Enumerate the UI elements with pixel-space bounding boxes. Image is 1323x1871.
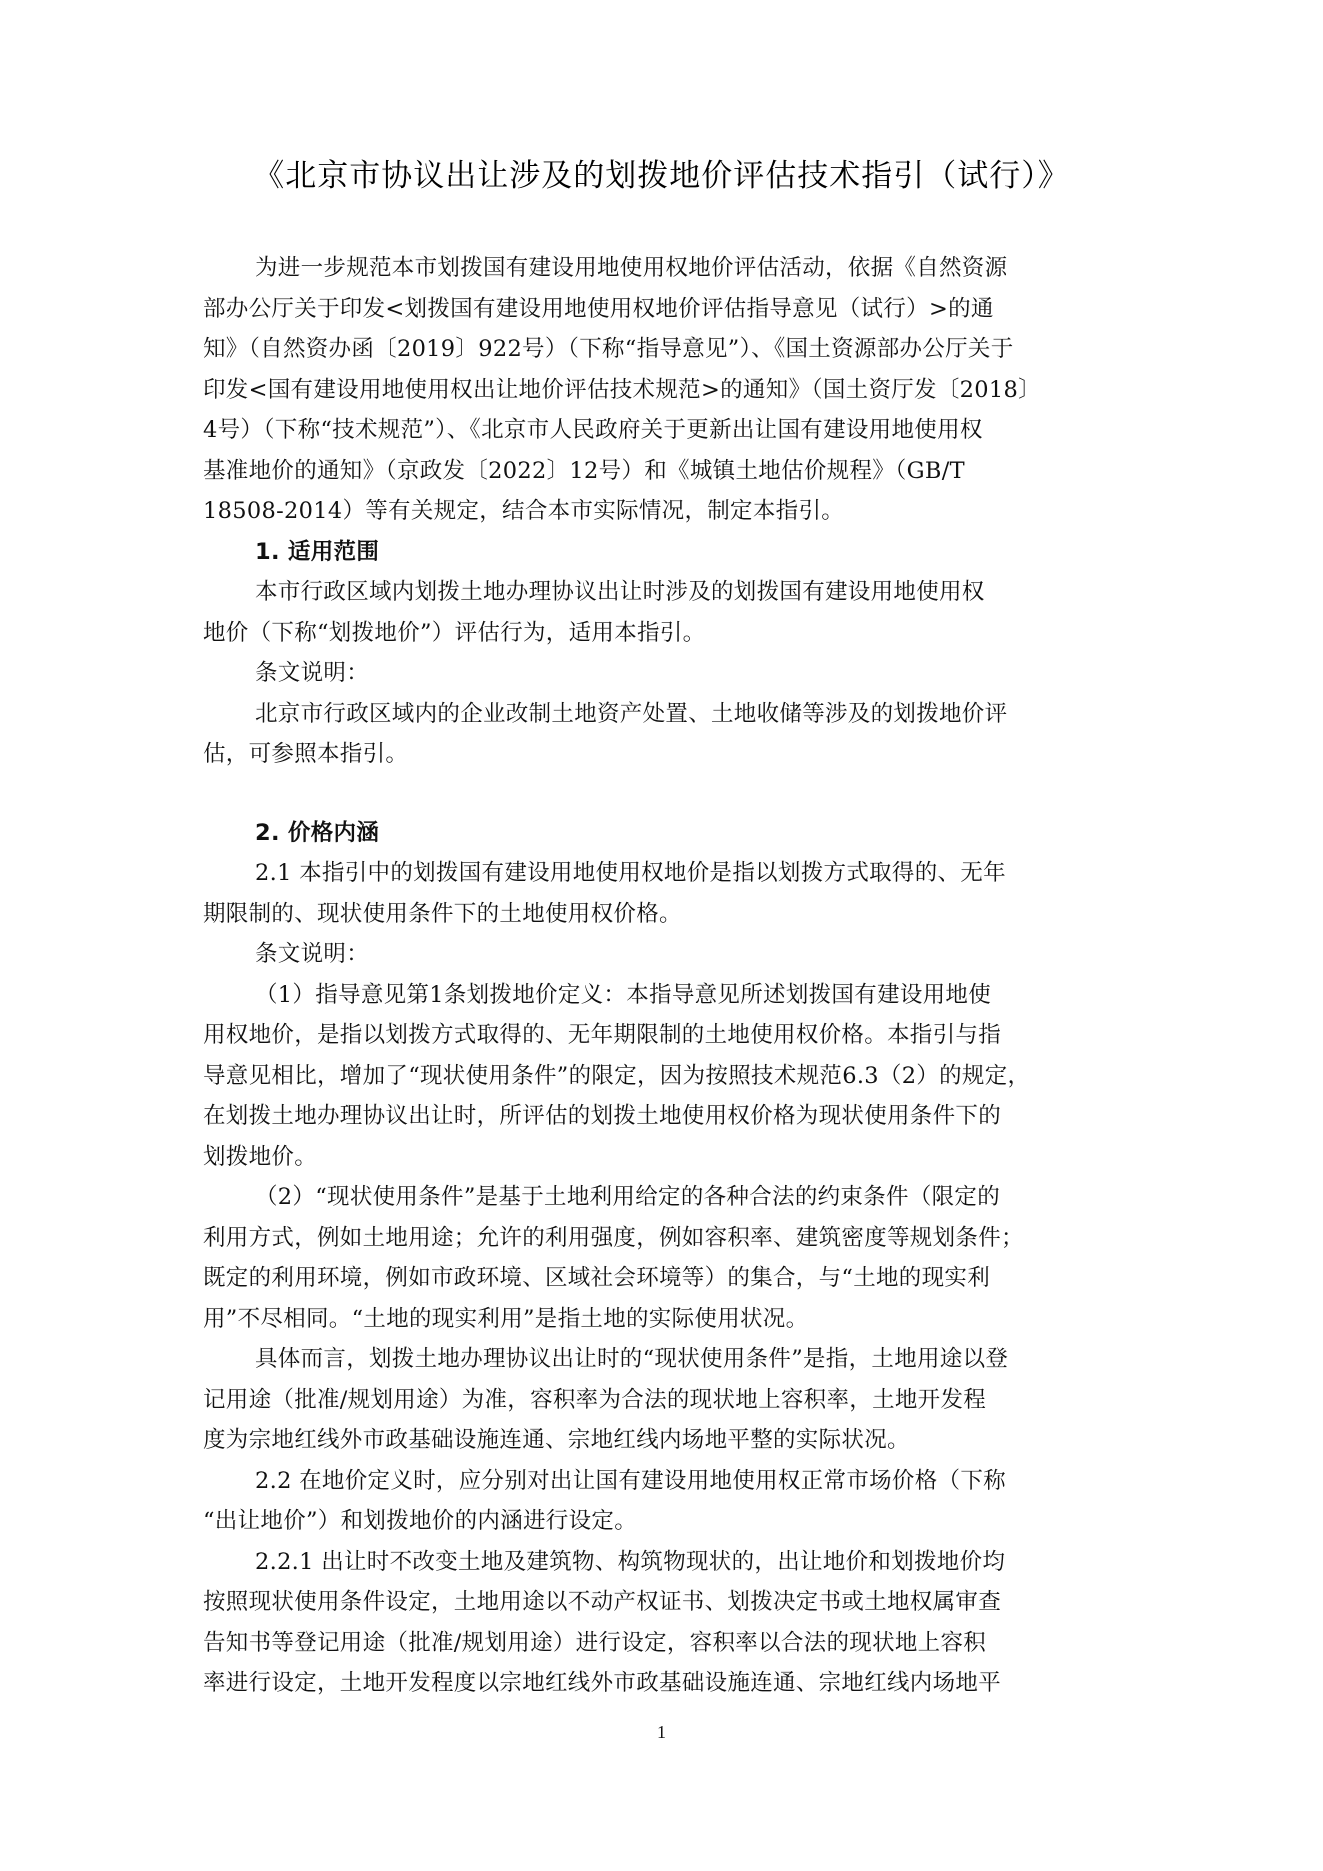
text-line: 为进一步规范本市划拨国有建设用地使用权地价评估活动，依据《自然资源 xyxy=(203,248,1133,289)
text-line: 期限制的、现状使用条件下的土地使用权价格。 xyxy=(203,894,1133,935)
text-line: 按照现状使用条件设定，土地用途以不动产权证书、划拨决定书或土地权属审查 xyxy=(203,1582,1133,1623)
text-line: 用”不尽相同。“土地的现实利用”是指土地的实际使用状况。 xyxy=(203,1299,1133,1340)
text-line: 印发<国有建设用地使用权出让地价评估技术规范>的通知》（国土资厅发〔2018〕 xyxy=(203,370,1133,411)
text-line: 导意见相比，增加了“现状使用条件”的限定，因为按照技术规范6.3（2）的规定， xyxy=(203,1056,1133,1097)
text-line: （2）“现状使用条件”是基于土地利用给定的各种合法的约束条件（限定的 xyxy=(203,1177,1133,1218)
text-line: 知》（自然资办函〔2019〕922号）（下称“指导意见”）、《国土资源部办公厅关… xyxy=(203,329,1133,370)
text-line: 告知书等登记用途（批准/规划用途）进行设定，容积率以合法的现状地上容积 xyxy=(203,1623,1133,1664)
text-line: 部办公厅关于印发<划拨国有建设用地使用权地价评估指导意见（试行）>的通 xyxy=(203,289,1133,330)
text-line: 划拨地价。 xyxy=(203,1137,1133,1178)
text-line: 2.1 本指引中的划拨国有建设用地使用权地价是指以划拨方式取得的、无年 xyxy=(203,853,1133,894)
text-line: 记用途（批准/规划用途）为准，容积率为合法的现状地上容积率，土地开发程 xyxy=(203,1380,1133,1421)
text-line: 2.2.1 出让时不改变土地及建筑物、构筑物现状的，出让地价和划拨地价均 xyxy=(203,1542,1133,1583)
section-heading: 1. 适用范围 xyxy=(203,532,1133,573)
text-line: 4号）（下称“技术规范”）、《北京市人民政府关于更新出让国有建设用地使用权 xyxy=(203,410,1133,451)
page-number: 1 xyxy=(0,1722,1323,1743)
section-heading: 2. 价格内涵 xyxy=(203,813,1133,854)
text-line: 既定的利用环境，例如市政环境、区域社会环境等）的集合，与“土地的现实利 xyxy=(203,1258,1133,1299)
text-line: 基准地价的通知》（京政发〔2022〕12号）和《城镇土地估价规程》（GB/T xyxy=(203,451,1133,492)
text-line: 具体而言，划拨土地办理协议出让时的“现状使用条件”是指，土地用途以登 xyxy=(203,1339,1133,1380)
text-line: 在划拨土地办理协议出让时，所评估的划拨土地使用权价格为现状使用条件下的 xyxy=(203,1096,1133,1137)
text-line: 估，可参照本指引。 xyxy=(203,734,1133,775)
text-line: 率进行设定，土地开发程度以宗地红线外市政基础设施连通、宗地红线内场地平 xyxy=(203,1663,1133,1704)
text-line: 地价（下称“划拨地价”）评估行为，适用本指引。 xyxy=(203,613,1133,654)
text-line: “出让地价”）和划拨地价的内涵进行设定。 xyxy=(203,1501,1133,1542)
text-line: 条文说明： xyxy=(203,653,1133,694)
text-line: 用权地价，是指以划拨方式取得的、无年期限制的土地使用权价格。本指引与指 xyxy=(203,1015,1133,1056)
text-line: 18508-2014）等有关规定，结合本市实际情况，制定本指引。 xyxy=(203,491,1133,532)
paragraph-gap xyxy=(203,775,1133,813)
text-line: 2.2 在地价定义时，应分别对出让国有建设用地使用权正常市场价格（下称 xyxy=(203,1461,1133,1502)
text-line: 本市行政区域内划拨土地办理协议出让时涉及的划拨国有建设用地使用权 xyxy=(203,572,1133,613)
document-title: 《北京市协议出让涉及的划拨地价评估技术指引（试行）》 xyxy=(0,150,1323,195)
text-line: 度为宗地红线外市政基础设施连通、宗地红线内场地平整的实际状况。 xyxy=(203,1420,1133,1461)
text-line: 利用方式，例如土地用途；允许的利用强度，例如容积率、建筑密度等规划条件； xyxy=(203,1218,1133,1259)
text-line: 北京市行政区域内的企业改制土地资产处置、土地收储等涉及的划拨地价评 xyxy=(203,694,1133,735)
text-line: （1）指导意见第1条划拨地价定义：本指导意见所述划拨国有建设用地使 xyxy=(203,975,1133,1016)
text-line: 条文说明： xyxy=(203,934,1133,975)
document-body: 为进一步规范本市划拨国有建设用地使用权地价评估活动，依据《自然资源部办公厅关于印… xyxy=(203,248,1133,1704)
